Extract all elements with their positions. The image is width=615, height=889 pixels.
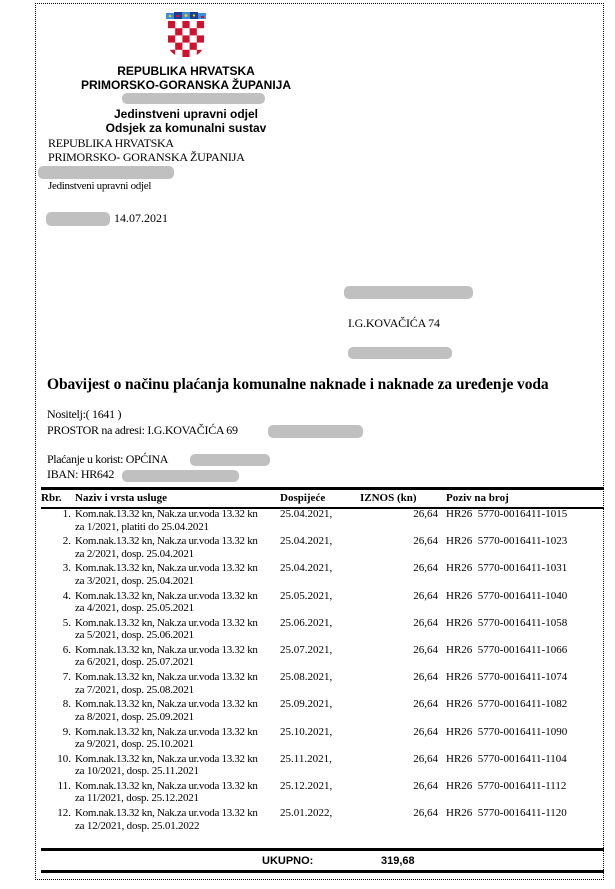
redacted-iban	[122, 470, 239, 482]
row-reference: HR26 5770-0016411-1031	[446, 560, 604, 587]
notice-title: Obavijest o načinu plaćanja komunalne na…	[47, 376, 549, 394]
row-due-date: 25.07.2021,	[280, 642, 360, 669]
row-reference: HR26 5770-0016411-1066	[446, 642, 604, 669]
iban: IBAN: HR642	[47, 467, 114, 482]
row-description: Kom.nak.13.32 kn, Nak.za ur.voda 13.32 k…	[75, 778, 280, 805]
row-description: Kom.nak.13.32 kn, Nak.za ur.voda 13.32 k…	[75, 615, 280, 642]
row-amount: 26,64	[360, 805, 446, 832]
col-iznos: IZNOS (kn)	[360, 489, 446, 506]
row-description-line1: Kom.nak.13.32 kn, Nak.za ur.voda 13.32 k…	[75, 780, 280, 793]
row-description-line2: za 10/2021, dosp. 25.11.2021	[75, 765, 280, 778]
row-number: 11.	[41, 778, 75, 805]
row-description-line2: za 9/2021, dosp. 25.10.2021	[75, 738, 280, 751]
table-header-row: Rbr. Naziv i vrsta usluge Dospijeće IZNO…	[41, 489, 604, 506]
row-number: 8.	[41, 696, 75, 723]
row-description-line1: Kom.nak.13.32 kn, Nak.za ur.voda 13.32 k…	[75, 698, 280, 711]
row-due-date: 25.04.2021,	[280, 560, 360, 587]
row-number: 2.	[41, 533, 75, 560]
row-amount: 26,64	[360, 533, 446, 560]
row-number: 4.	[41, 588, 75, 615]
row-due-date: 25.09.2021,	[280, 696, 360, 723]
row-reference: HR26 5770-0016411-1090	[446, 724, 604, 751]
table-row: 5.Kom.nak.13.32 kn, Nak.za ur.voda 13.32…	[41, 615, 604, 642]
row-description-line1: Kom.nak.13.32 kn, Nak.za ur.voda 13.32 k…	[75, 508, 280, 521]
row-reference: HR26 5770-0016411-1015	[446, 506, 604, 533]
row-description-line2: za 1/2021, platiti do 25.04.2021	[75, 521, 280, 534]
row-due-date: 25.10.2021,	[280, 724, 360, 751]
row-description-line2: za 12/2021, dosp. 25.01.2022	[75, 820, 280, 833]
row-reference: HR26 5770-0016411-1023	[446, 533, 604, 560]
row-description-line2: za 8/2021, dosp. 25.09.2021	[75, 711, 280, 724]
row-amount: 26,64	[360, 560, 446, 587]
header-county: PRIMORSKO-GORANSKA ŽUPANIJA	[50, 78, 322, 92]
row-due-date: 25.12.2021,	[280, 778, 360, 805]
row-description: Kom.nak.13.32 kn, Nak.za ur.voda 13.32 k…	[75, 533, 280, 560]
col-dospijece: Dospijeće	[280, 489, 360, 506]
row-due-date: 25.04.2021,	[280, 533, 360, 560]
table-row: 9.Kom.nak.13.32 kn, Nak.za ur.voda 13.32…	[41, 724, 604, 751]
row-reference: HR26 5770-0016411-1120	[446, 805, 604, 832]
table-row: 8.Kom.nak.13.32 kn, Nak.za ur.voda 13.32…	[41, 696, 604, 723]
row-description-line1: Kom.nak.13.32 kn, Nak.za ur.voda 13.32 k…	[75, 535, 280, 548]
redacted-place	[46, 212, 110, 226]
redacted-recipient-name	[344, 286, 473, 299]
redacted-recipient-city	[348, 347, 452, 359]
items-table: Rbr. Naziv i vrsta usluge Dospijeće IZNO…	[41, 489, 604, 832]
row-number: 6.	[41, 642, 75, 669]
row-amount: 26,64	[360, 615, 446, 642]
holder-id: Nositelj:( 1641 )	[47, 407, 121, 422]
row-description-line2: za 3/2021, dosp. 25.04.2021	[75, 575, 280, 588]
row-number: 5.	[41, 615, 75, 642]
redacted-beneficiary	[190, 454, 270, 466]
row-description: Kom.nak.13.32 kn, Nak.za ur.voda 13.32 k…	[75, 696, 280, 723]
row-reference: HR26 5770-0016411-1074	[446, 669, 604, 696]
redacted-municipality	[122, 93, 265, 104]
row-description-line2: za 7/2021, dosp. 25.08.2021	[75, 684, 280, 697]
row-description-line1: Kom.nak.13.32 kn, Nak.za ur.voda 13.32 k…	[75, 617, 280, 630]
row-reference: HR26 5770-0016411-1112	[446, 778, 604, 805]
row-number: 12.	[41, 805, 75, 832]
row-due-date: 25.05.2021,	[280, 588, 360, 615]
total-bottom-rule	[41, 870, 604, 873]
header-country: REPUBLIKA HRVATSKA	[50, 64, 322, 78]
row-description: Kom.nak.13.32 kn, Nak.za ur.voda 13.32 k…	[75, 506, 280, 533]
row-amount: 26,64	[360, 588, 446, 615]
row-amount: 26,64	[360, 724, 446, 751]
row-description-line2: za 11/2021, dosp. 25.12.2021	[75, 792, 280, 805]
row-amount: 26,64	[360, 751, 446, 778]
table-row: 1.Kom.nak.13.32 kn, Nak.za ur.voda 13.32…	[41, 506, 604, 533]
row-amount: 26,64	[360, 696, 446, 723]
total-label: UKUPNO:	[262, 855, 313, 867]
row-due-date: 25.04.2021,	[280, 506, 360, 533]
total-top-rule	[41, 848, 604, 851]
row-description-line1: Kom.nak.13.32 kn, Nak.za ur.voda 13.32 k…	[75, 562, 280, 575]
row-number: 3.	[41, 560, 75, 587]
row-amount: 26,64	[360, 506, 446, 533]
row-description-line1: Kom.nak.13.32 kn, Nak.za ur.voda 13.32 k…	[75, 671, 280, 684]
col-poziv: Poziv na broj	[446, 489, 604, 506]
table-row: 6.Kom.nak.13.32 kn, Nak.za ur.voda 13.32…	[41, 642, 604, 669]
row-description-line2: za 4/2021, dosp. 25.05.2021	[75, 602, 280, 615]
row-description: Kom.nak.13.32 kn, Nak.za ur.voda 13.32 k…	[75, 724, 280, 751]
row-description-line2: za 5/2021, dosp. 25.06.2021	[75, 629, 280, 642]
row-due-date: 25.08.2021,	[280, 669, 360, 696]
row-number: 7.	[41, 669, 75, 696]
row-description: Kom.nak.13.32 kn, Nak.za ur.voda 13.32 k…	[75, 588, 280, 615]
table-row: 2.Kom.nak.13.32 kn, Nak.za ur.voda 13.32…	[41, 533, 604, 560]
row-due-date: 25.01.2022,	[280, 805, 360, 832]
row-description: Kom.nak.13.32 kn, Nak.za ur.voda 13.32 k…	[75, 642, 280, 669]
table-row: 10.Kom.nak.13.32 kn, Nak.za ur.voda 13.3…	[41, 751, 604, 778]
row-description-line2: za 6/2021, dosp. 25.07.2021	[75, 656, 280, 669]
recipient-address: I.G.KOVAČIĆA 74	[348, 316, 440, 331]
row-due-date: 25.11.2021,	[280, 751, 360, 778]
row-description-line1: Kom.nak.13.32 kn, Nak.za ur.voda 13.32 k…	[75, 590, 280, 603]
table-row: 4.Kom.nak.13.32 kn, Nak.za ur.voda 13.32…	[41, 588, 604, 615]
row-description-line1: Kom.nak.13.32 kn, Nak.za ur.voda 13.32 k…	[75, 644, 280, 657]
table-row: 12.Kom.nak.13.32 kn, Nak.za ur.voda 13.3…	[41, 805, 604, 832]
header-section: Odsjek za komunalni sustav	[50, 121, 322, 135]
row-reference: HR26 5770-0016411-1104	[446, 751, 604, 778]
row-amount: 26,64	[360, 778, 446, 805]
total-value: 319,68	[381, 855, 415, 867]
table-row: 7.Kom.nak.13.32 kn, Nak.za ur.voda 13.32…	[41, 669, 604, 696]
row-description-line2: za 2/2021, dosp. 25.04.2021	[75, 548, 280, 561]
premises-address: PROSTOR na adresi: I.G.KOVAČIĆA 69	[47, 423, 238, 438]
header-department: Jedinstveni upravni odjel	[50, 107, 322, 121]
col-naziv: Naziv i vrsta usluge	[75, 489, 280, 506]
row-number: 1.	[41, 506, 75, 533]
row-reference: HR26 5770-0016411-1082	[446, 696, 604, 723]
table-row: 11.Kom.nak.13.32 kn, Nak.za ur.voda 13.3…	[41, 778, 604, 805]
col-rbr: Rbr.	[41, 489, 75, 506]
row-reference: HR26 5770-0016411-1040	[446, 588, 604, 615]
row-description: Kom.nak.13.32 kn, Nak.za ur.voda 13.32 k…	[75, 751, 280, 778]
table-row: 3.Kom.nak.13.32 kn, Nak.za ur.voda 13.32…	[41, 560, 604, 587]
redacted-sender-municipality	[38, 166, 174, 179]
row-description-line1: Kom.nak.13.32 kn, Nak.za ur.voda 13.32 k…	[75, 726, 280, 739]
sender-department: Jedinstveni upravni odjel	[48, 180, 151, 192]
row-description: Kom.nak.13.32 kn, Nak.za ur.voda 13.32 k…	[75, 669, 280, 696]
row-amount: 26,64	[360, 669, 446, 696]
row-description: Kom.nak.13.32 kn, Nak.za ur.voda 13.32 k…	[75, 805, 280, 832]
row-description-line1: Kom.nak.13.32 kn, Nak.za ur.voda 13.32 k…	[75, 807, 280, 820]
row-due-date: 25.06.2021,	[280, 615, 360, 642]
row-description: Kom.nak.13.32 kn, Nak.za ur.voda 13.32 k…	[75, 560, 280, 587]
beneficiary: Plaćanje u korist: OPĆINA	[47, 452, 168, 467]
sender-county: PRIMORSKO- GORANSKA ŽUPANIJA	[48, 150, 245, 165]
row-number: 10.	[41, 751, 75, 778]
redacted-premises-city	[268, 425, 363, 438]
croatian-coat-of-arms-icon	[164, 12, 208, 58]
document-date: 14.07.2021	[114, 211, 168, 226]
row-description-line1: Kom.nak.13.32 kn, Nak.za ur.voda 13.32 k…	[75, 753, 280, 766]
sender-country: REPUBLIKA HRVATSKA	[48, 136, 174, 151]
row-number: 9.	[41, 724, 75, 751]
row-reference: HR26 5770-0016411-1058	[446, 615, 604, 642]
row-amount: 26,64	[360, 642, 446, 669]
